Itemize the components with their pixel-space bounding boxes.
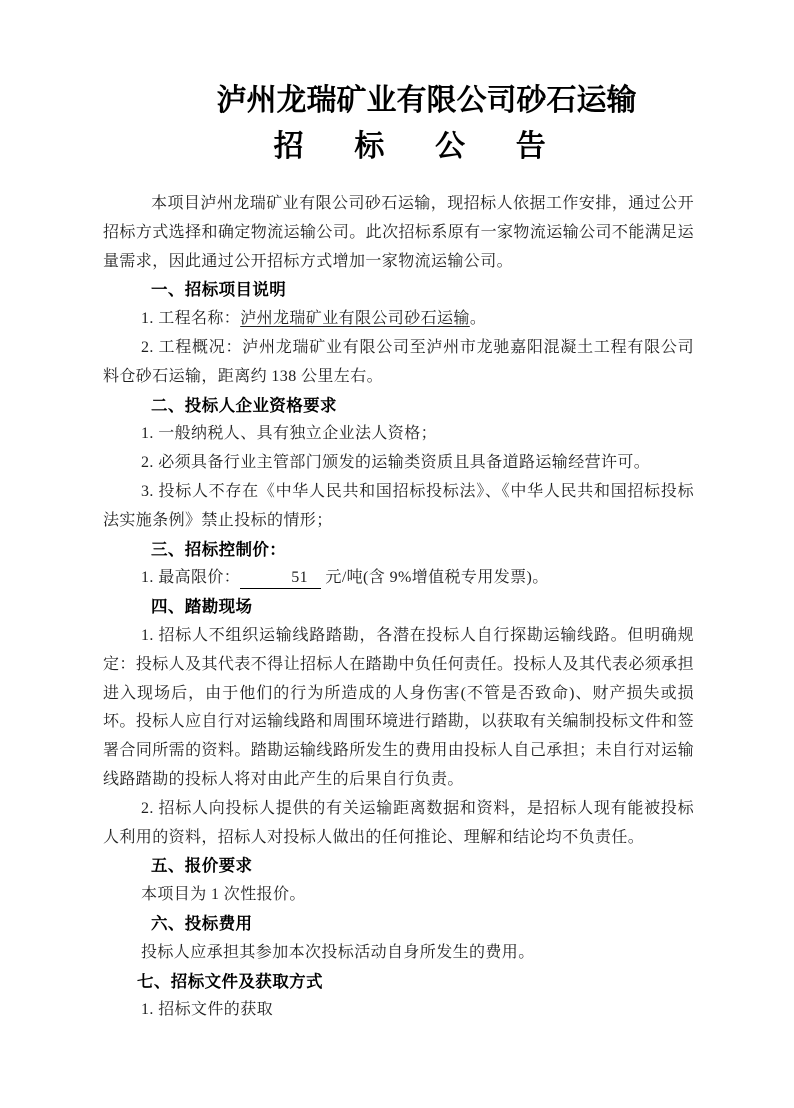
document-title: 泸州龙瑞矿业有限公司砂石运输 xyxy=(103,78,694,124)
section-6-paragraph-1: 投标人应承担其参加本次投标活动自身所发生的费用。 xyxy=(103,939,694,968)
section-2-item-1: 1. 一般纳税人、具有独立企业法人资格； xyxy=(103,420,694,449)
section-5-paragraph-1: 本项目为 1 次性报价。 xyxy=(103,881,694,910)
section-5-heading: 五、报价要求 xyxy=(103,852,694,881)
section-7-paragraph-1: 1. 招标文件的获取 xyxy=(103,996,694,1025)
section-2-item-2: 2. 必须具备行业主管部门颁发的运输类资质且具备道路运输经营许可。 xyxy=(103,449,694,478)
section-4-paragraph-1: 1. 招标人不组织运输线路踏勘，各潜在投标人自行探勘运输线路。但明确规定：投标人… xyxy=(103,622,694,795)
document-subtitle: 招 标 公 告 xyxy=(103,124,694,170)
section-1-item-2: 2. 工程概况：泸州龙瑞矿业有限公司至泸州市龙驰嘉阳混凝土工程有限公司料仓砂石运… xyxy=(103,334,694,392)
section-4-paragraph-2: 2. 招标人向投标人提供的有关运输距离数据和资料，是招标人现有能被投标人利用的资… xyxy=(103,795,694,853)
price-limit-value: 51 xyxy=(240,568,321,589)
price-limit-unit: 元/吨(含 9%增值税专用发票)。 xyxy=(321,569,549,586)
section-3-heading: 三、招标控制价： xyxy=(103,536,694,565)
section-4-heading: 四、踏勘现场 xyxy=(103,593,694,622)
section-7-heading: 七、招标文件及获取方式 xyxy=(103,968,694,997)
document-body: 本项目泸州龙瑞矿业有限公司砂石运输，现招标人依据工作安排，通过公开招标方式选择和… xyxy=(103,190,694,1025)
section-1-heading: 一、招标项目说明 xyxy=(103,276,694,305)
project-name-value: 泸州龙瑞矿业有限公司砂石运输 xyxy=(240,310,470,327)
price-limit-label: 1. 最高限价： xyxy=(141,569,240,586)
intro-paragraph: 本项目泸州龙瑞矿业有限公司砂石运输，现招标人依据工作安排，通过公开招标方式选择和… xyxy=(103,190,694,276)
project-name-label: 1. 工程名称： xyxy=(141,310,240,327)
project-name-period: 。 xyxy=(470,310,486,327)
section-6-heading: 六、投标费用 xyxy=(103,910,694,939)
section-3-item-1: 1. 最高限价：51 元/吨(含 9%增值税专用发票)。 xyxy=(103,564,694,593)
section-2-item-3: 3. 投标人不存在《中华人民共和国招标投标法》、《中华人民共和国招标投标法实施条… xyxy=(103,478,694,536)
section-2-heading: 二、投标人企业资格要求 xyxy=(103,392,694,421)
document-page: 泸州龙瑞矿业有限公司砂石运输 招 标 公 告 本项目泸州龙瑞矿业有限公司砂石运输… xyxy=(0,0,794,1108)
section-1-item-1: 1. 工程名称：泸州龙瑞矿业有限公司砂石运输。 xyxy=(103,305,694,334)
